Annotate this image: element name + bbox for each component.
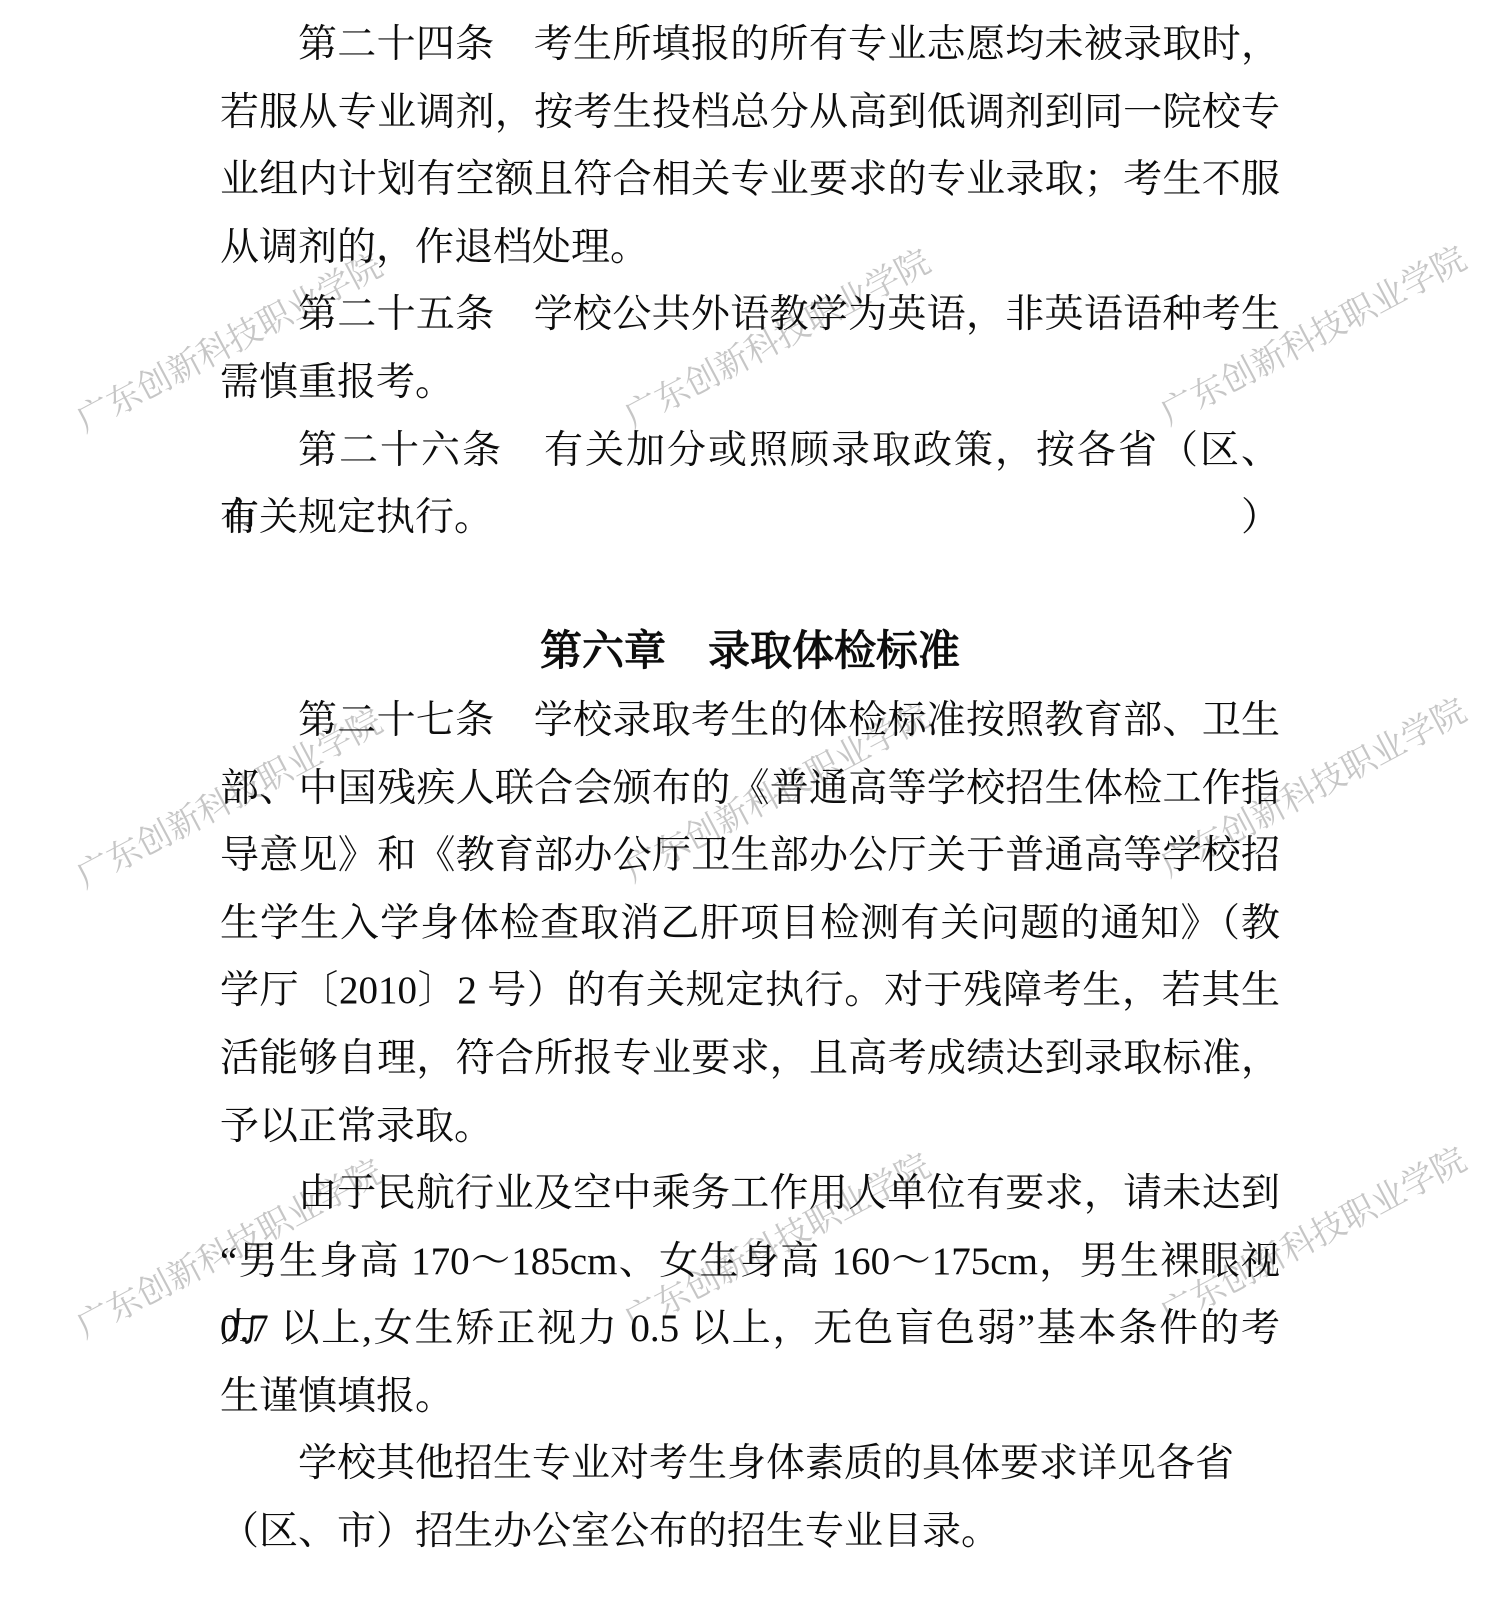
paragraph-line: 活能够自理，符合所报专业要求，且高考成绩达到录取标准，: [220, 1025, 1280, 1093]
paragraph-line: 第二十五条 学校公共外语教学为英语，非英语语种考生: [220, 281, 1280, 349]
paragraph-line: 予以正常录取。: [220, 1093, 1280, 1161]
paragraph-line: “男生身高 170～185cm、女生身高 160～175cm，男生裸眼视力: [220, 1228, 1280, 1296]
paragraph-line: 生学生入学身体检查取消乙肝项目检测有关问题的通知》（教: [220, 890, 1280, 958]
paragraph-line: 第二十七条 学校录取考生的体检标准按照教育部、卫生: [220, 687, 1280, 755]
document-page: 广东创新科技职业学院广东创新科技职业学院广东创新科技职业学院广东创新科技职业学院…: [0, 0, 1507, 1600]
paragraph-line: 需慎重报考。: [220, 349, 1280, 417]
paragraph-line: 由于民航行业及空中乘务工作用人单位有要求，请未达到: [220, 1160, 1280, 1228]
document-content: 第二十四条 考生所填报的所有专业志愿均未被录取时，若服从专业调剂，按考生投档总分…: [220, 11, 1280, 1566]
paragraph-line: 第二十四条 考生所填报的所有专业志愿均未被录取时，: [220, 11, 1280, 79]
blank-line: [220, 552, 1280, 620]
paragraph-line: 若服从专业调剂，按考生投档总分从高到低调剂到同一院校专: [220, 79, 1280, 147]
paragraph-line: 第二十六条 有关加分或照顾录取政策，按各省（区、市）: [220, 417, 1280, 485]
paragraph-line: 部、中国残疾人联合会颁布的《普通高等学校招生体检工作指: [220, 755, 1280, 823]
paragraph-line: 从调剂的，作退档处理。: [220, 214, 1280, 282]
chapter-heading: 第六章 录取体检标准: [220, 619, 1280, 687]
paragraph-line: 学厅〔2010〕2 号）的有关规定执行。对于残障考生，若其生: [220, 957, 1280, 1025]
paragraph-line: 业组内计划有空额且符合相关专业要求的专业录取；考生不服: [220, 146, 1280, 214]
paragraph-line: 导意见》和《教育部办公厅卫生部办公厅关于普通高等学校招: [220, 822, 1280, 890]
paragraph-line: 学校其他招生专业对考生身体素质的具体要求详见各省: [220, 1430, 1280, 1498]
paragraph-line: 0.7 以上,女生矫正视力 0.5 以上，无色盲色弱”基本条件的考: [220, 1295, 1280, 1363]
paragraph-line: 生谨慎填报。: [220, 1363, 1280, 1431]
paragraph-line: （区、市）招生办公室公布的招生专业目录。: [220, 1498, 1280, 1566]
